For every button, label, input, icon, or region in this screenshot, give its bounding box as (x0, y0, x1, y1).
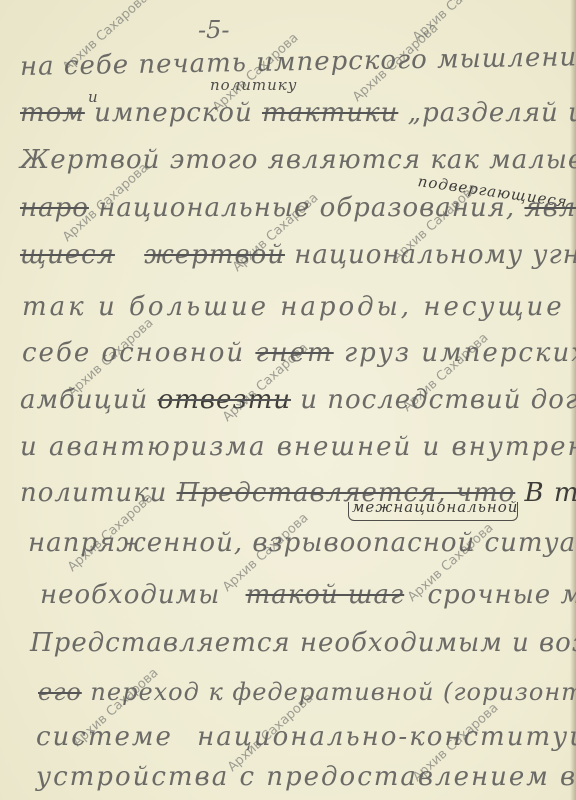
line-text: имперской (94, 98, 253, 128)
line-text: амбиций (20, 385, 148, 415)
manuscript-line-3: Жертвой этого являются как малые (20, 145, 576, 175)
line-text: национально-конституционного (197, 722, 576, 752)
boxed-insert-text: межнациональной (352, 498, 518, 516)
manuscript-line-5: щиеся жертвой национальному угнетению, (20, 240, 576, 270)
line-text: на себе печать имперского мышления, (20, 42, 576, 82)
line-text: устройства с предоставлением всем (36, 762, 576, 792)
line-text: груз имперских (344, 338, 576, 368)
scribbled-word: отвезти (158, 385, 291, 415)
manuscript-line-4: наро национальные образования, являю- (20, 193, 576, 223)
line-text: национальные образования, (98, 193, 515, 223)
page-number: -5- (198, 16, 230, 44)
manuscript-line-1: на себе печать имперского мышления, В (20, 41, 576, 82)
struck-word: гнет (255, 338, 333, 368)
struck-word: наро (20, 193, 89, 223)
line-text: национальному угнетению, (294, 240, 576, 270)
struck-word: его (38, 678, 82, 706)
line-text: Жертвой этого являются как малые (20, 145, 576, 175)
struck-word: жертвой (144, 240, 285, 270)
line-text: Представляется необходимым и возможным (30, 628, 576, 658)
watermark: Архив Сахарова (410, 0, 502, 45)
manuscript-line-2: том имперской тактики „разделяй и властв… (20, 98, 576, 128)
line-text: системе (36, 722, 173, 752)
manuscript-line-12: необходимы такой шаг срочные меры. (40, 580, 576, 610)
struck-word: щиеся (20, 240, 115, 270)
manuscript-line-13: Представляется необходимым и возможным (30, 628, 576, 658)
line-text: и авантюризма внешней и внутренней (20, 432, 576, 462)
line-text: необходимы (40, 580, 220, 610)
line-text: В теперешней (525, 478, 576, 508)
insert-above-line-2b: политику (210, 76, 297, 94)
struck-word: тактики (262, 98, 398, 128)
manuscript-line-14: его переход к федеративной (горизонтальн… (38, 678, 576, 706)
struck-word: являю- (524, 193, 576, 223)
line-text: переход к федеративной (горизонтальной) (90, 678, 576, 706)
manuscript-line-9: и авантюризма внешней и внутренней (20, 432, 576, 462)
manuscript-line-16: устройства с предоставлением всем (36, 762, 576, 792)
struck-word: такой шаг (246, 580, 405, 610)
struck-word: том (20, 98, 85, 128)
manuscript-line-6: так и большие народы, несущие на (22, 292, 576, 322)
manuscript-line-15: системе национально-конституционного (36, 722, 576, 752)
line-text: „разделяй и властвуй“ (408, 98, 576, 128)
manuscript-line-8: амбиций отвезти и последствий догматизма (20, 385, 576, 415)
line-text: срочные меры. (427, 580, 576, 610)
manuscript-line-11: напряженной, взрывоопасной ситуации (28, 528, 576, 558)
manuscript-line-7: себе основной гнет груз имперских (22, 338, 576, 368)
manuscript-page: -5- на себе печать имперского мышления, … (0, 0, 576, 800)
line-text: политики (20, 478, 167, 508)
line-text: напряженной, взрывоопасной ситуации (28, 528, 576, 558)
line-text: и последствий догматизма (300, 385, 576, 415)
line-text: себе основной (22, 338, 245, 368)
line-text: так и большие народы, несущие на (22, 292, 576, 322)
